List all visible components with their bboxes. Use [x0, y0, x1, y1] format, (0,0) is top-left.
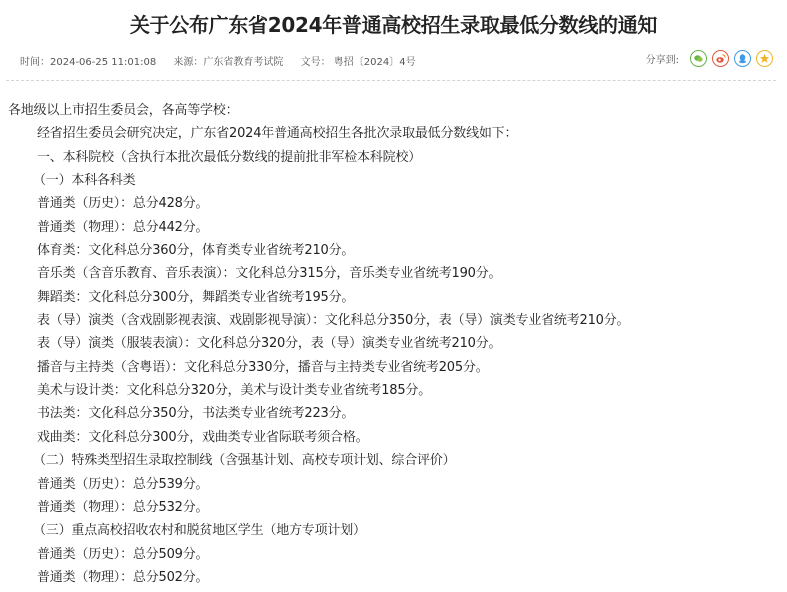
header-divider: [6, 80, 776, 81]
score-line: 表（导）演类（服装表演）：文化科总分320分，表（导）演类专业省统考210分。: [0, 332, 787, 355]
article-body: 各地级以上市招生委员会，各高等学校： 经省招生委员会研究决定，广东省2024年普…: [0, 99, 787, 589]
score-line: 普通类（物理）：总分532分。: [0, 496, 787, 519]
score-line: 播音与主持类（含粤语）：文化科总分330分，播音与主持类专业省统考205分。: [0, 356, 787, 379]
score-line: 戏曲类：文化科总分300分，戏曲类专业省际联考须合格。: [0, 426, 787, 449]
share-bar: 分享到:: [646, 50, 773, 67]
qq-icon[interactable]: [734, 50, 751, 67]
score-line: 普通类（历史）：总分509分。: [0, 543, 787, 566]
article-meta: 时间：2024-06-25 11:01:08 来源：广东省教育考试院 文号： 粤…: [20, 54, 430, 72]
page-title: 关于公布广东省2024年普通高校招生录取最低分数线的通知: [0, 8, 787, 42]
section-heading: 一、本科院校（含执行本批次最低分数线的提前批非军检本科院校）: [0, 146, 787, 169]
score-line: 普通类（物理）：总分442分。: [0, 216, 787, 239]
subsection-heading: （二）特殊类型招生录取控制线（含强基计划、高校专项计划、综合评价）: [0, 449, 787, 472]
publish-time: 时间：2024-06-25 11:01:08: [20, 57, 156, 68]
score-line: 普通类（历史）：总分539分。: [0, 473, 787, 496]
score-line: 表（导）演类（含戏剧影视表演、戏剧影视导演）：文化科总分350分，表（导）演类专…: [0, 309, 787, 332]
weibo-icon[interactable]: [712, 50, 729, 67]
score-line: 音乐类（含音乐教育、音乐表演）：文化科总分315分，音乐类专业省统考190分。: [0, 262, 787, 285]
score-line: 舞蹈类：文化科总分300分，舞蹈类专业省统考195分。: [0, 286, 787, 309]
intro-paragraph: 经省招生委员会研究决定，广东省2024年普通高校招生各批次录取最低分数线如下：: [0, 122, 787, 145]
doc-number: 文号： 粤招〔2024〕4号: [301, 57, 416, 68]
wechat-icon[interactable]: [690, 50, 707, 67]
subsection-heading: （三）重点高校招收农村和脱贫地区学生（地方专项计划）: [0, 519, 787, 542]
score-line: 普通类（物理）：总分502分。: [0, 566, 787, 589]
score-line: 普通类（历史）：总分428分。: [0, 192, 787, 215]
salutation: 各地级以上市招生委员会，各高等学校：: [0, 99, 787, 122]
score-line: 体育类：文化科总分360分，体育类专业省统考210分。: [0, 239, 787, 262]
score-line: 书法类：文化科总分350分，书法类专业省统考223分。: [0, 402, 787, 425]
score-line: 美术与设计类：文化科总分320分，美术与设计类专业省统考185分。: [0, 379, 787, 402]
qzone-icon[interactable]: [756, 50, 773, 67]
source: 来源：广东省教育考试院: [173, 57, 283, 68]
subsection-heading: （一）本科各科类: [0, 169, 787, 192]
share-label: 分享到:: [646, 51, 679, 66]
